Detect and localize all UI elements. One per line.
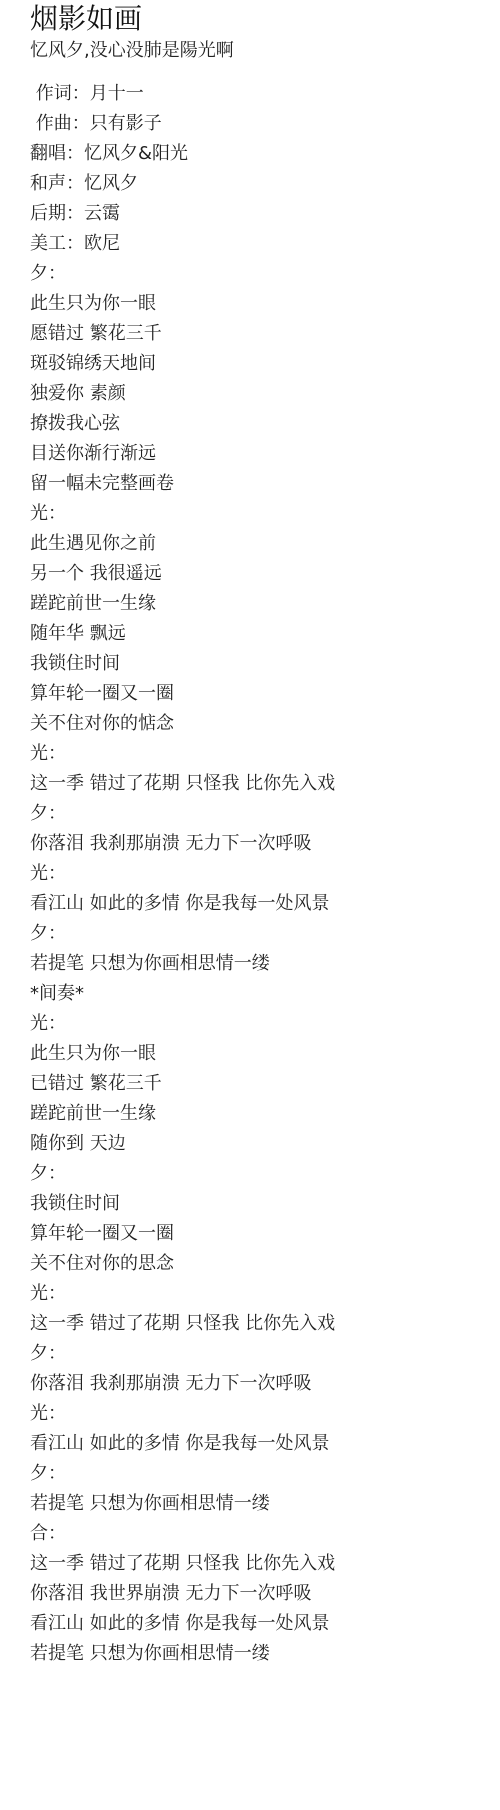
lyric-line: 夕： <box>30 799 500 829</box>
lyric-line: 合： <box>30 1519 500 1549</box>
lyric-line: 目送你渐行渐远 <box>30 439 500 469</box>
lyric-line: 翻唱：忆风夕&阳光 <box>30 139 500 169</box>
lyric-line: 关不住对你的惦念 <box>30 709 500 739</box>
lyric-line: 夕： <box>30 259 500 289</box>
lyric-line: 撩拨我心弦 <box>30 409 500 439</box>
lyric-line: 这一季 错过了花期 只怪我 比你先入戏 <box>30 1309 500 1339</box>
lyric-line: 关不住对你的思念 <box>30 1249 500 1279</box>
lyric-line: 这一季 错过了花期 只怪我 比你先入戏 <box>30 1549 500 1579</box>
lyric-line: 看江山 如此的多情 你是我每一处风景 <box>30 1429 500 1459</box>
lyric-line: 我锁住时间 <box>30 1189 500 1219</box>
lyric-line: 另一个 我很遥远 <box>30 559 500 589</box>
lyric-line: 你落泪 我刹那崩溃 无力下一次呼吸 <box>30 1369 500 1399</box>
lyric-line: 作曲：只有影子 <box>30 109 500 139</box>
lyrics-body: 作词：月十一 作曲：只有影子翻唱：忆风夕&阳光和声：忆风夕后期：云霭美工：欧尼夕… <box>30 79 500 1669</box>
lyric-line: 光： <box>30 739 500 769</box>
lyric-line: 光： <box>30 1399 500 1429</box>
lyric-line: 夕： <box>30 1339 500 1369</box>
lyric-line: 留一幅未完整画卷 <box>30 469 500 499</box>
lyric-line: 作词：月十一 <box>30 79 500 109</box>
lyric-line: 美工：欧尼 <box>30 229 500 259</box>
lyric-line: 我锁住时间 <box>30 649 500 679</box>
lyric-line: 光： <box>30 859 500 889</box>
lyric-line: 已错过 繁花三千 <box>30 1069 500 1099</box>
lyric-line: 后期：云霭 <box>30 199 500 229</box>
lyric-line: 光： <box>30 1009 500 1039</box>
lyric-line: 独爱你 素颜 <box>30 379 500 409</box>
lyric-line: 算年轮一圈又一圈 <box>30 679 500 709</box>
lyric-line: 若提笔 只想为你画相思情一缕 <box>30 1639 500 1669</box>
lyric-line: 你落泪 我世界崩溃 无力下一次呼吸 <box>30 1579 500 1609</box>
lyric-line: 随你到 天边 <box>30 1129 500 1159</box>
lyric-line: 这一季 错过了花期 只怪我 比你先入戏 <box>30 769 500 799</box>
lyric-line: 随年华 飘远 <box>30 619 500 649</box>
lyric-line: 愿错过 繁花三千 <box>30 319 500 349</box>
lyric-line: 光： <box>30 1279 500 1309</box>
lyric-line: 你落泪 我刹那崩溃 无力下一次呼吸 <box>30 829 500 859</box>
lyric-line: 算年轮一圈又一圈 <box>30 1219 500 1249</box>
lyric-line: 此生只为你一眼 <box>30 289 500 319</box>
lyric-line: 看江山 如此的多情 你是我每一处风景 <box>30 889 500 919</box>
lyric-line: 光： <box>30 499 500 529</box>
song-artist: 忆风夕,没心没肺是陽光啊 <box>30 38 500 64</box>
lyric-line: 斑驳锦绣天地间 <box>30 349 500 379</box>
lyric-line: 夕： <box>30 919 500 949</box>
lyric-line: 若提笔 只想为你画相思情一缕 <box>30 949 500 979</box>
lyric-line: 此生遇见你之前 <box>30 529 500 559</box>
lyric-line: 蹉跎前世一生缘 <box>30 589 500 619</box>
lyric-line: 蹉跎前世一生缘 <box>30 1099 500 1129</box>
lyric-line: *间奏* <box>30 979 500 1009</box>
song-title: 烟影如画 <box>30 0 500 38</box>
lyrics-page: 烟影如画 忆风夕,没心没肺是陽光啊 作词：月十一 作曲：只有影子翻唱：忆风夕&阳… <box>0 0 500 1669</box>
lyric-line: 若提笔 只想为你画相思情一缕 <box>30 1489 500 1519</box>
lyric-line: 看江山 如此的多情 你是我每一处风景 <box>30 1609 500 1639</box>
lyric-line: 和声：忆风夕 <box>30 169 500 199</box>
lyric-line: 夕： <box>30 1159 500 1189</box>
lyric-line: 夕： <box>30 1459 500 1489</box>
lyric-line: 此生只为你一眼 <box>30 1039 500 1069</box>
